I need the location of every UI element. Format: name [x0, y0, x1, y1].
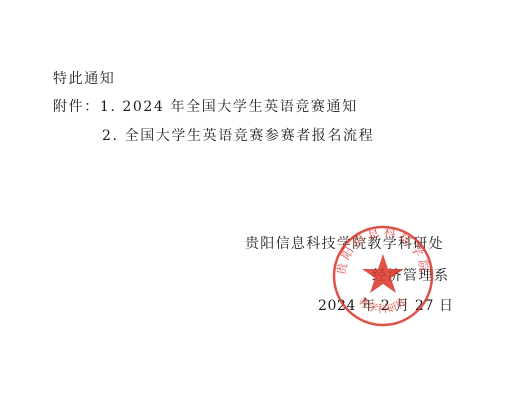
signature-dept: 经济管理系 [372, 268, 450, 284]
signature-org: 贵阳信息科技学院教学科研处 [245, 236, 444, 252]
attachment-1: 附件：1. 2024 年全国大学生英语竞赛通知 [53, 99, 358, 115]
closing-text: 特此通知 [53, 71, 115, 87]
attachment-1-text: 1. 2024 年全国大学生英语竞赛通知 [100, 99, 358, 115]
attachments-label: 附件： [53, 99, 100, 115]
attachment-2: 2. 全国大学生英语竞赛参赛者报名流程 [102, 128, 374, 144]
signature-date: 2024 年 2 月 27 日 [318, 298, 454, 314]
